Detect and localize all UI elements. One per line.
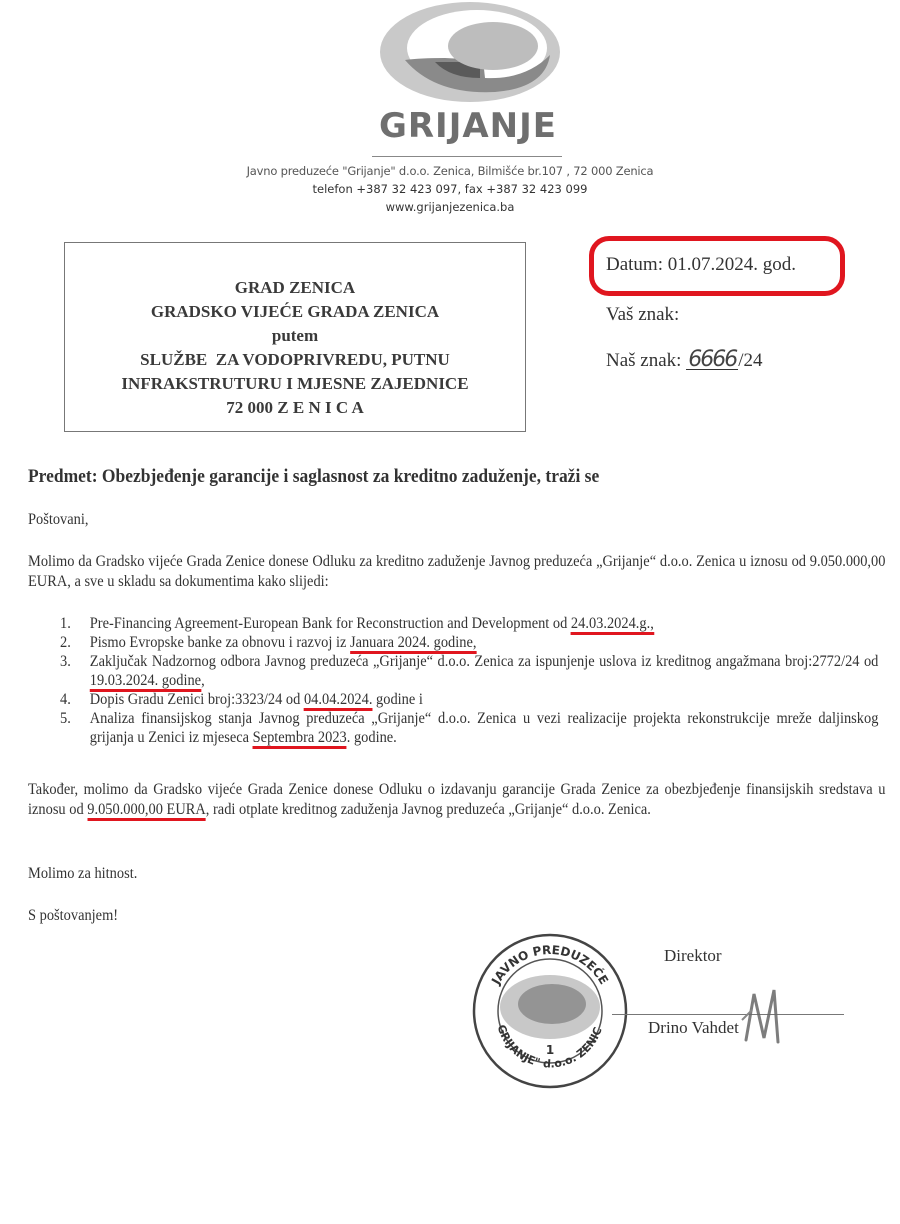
paragraph-text: , radi otplate kreditnog zaduženja Javno…	[206, 801, 651, 818]
company-phone-fax: telefon +387 32 423 097, fax +387 32 423…	[0, 182, 900, 196]
highlighted-date: 04.04.2024.	[304, 691, 372, 711]
document-date: Datum: 01.07.2024. god.	[606, 254, 796, 276]
highlighted-date: 24.03.2024.g.,	[571, 615, 654, 635]
recipient-line: INFRAKSTRUTURU I MJESNE ZAJEDNICE	[64, 372, 526, 396]
company-address: Javno preduzeće "Grijanje" d.o.o. Zenica…	[0, 164, 900, 178]
guarantee-paragraph: Također, molimo da Gradsko vijeće Grada …	[28, 780, 885, 820]
recipient-line: GRADSKO VIJEĆE GRADA ZENICA	[64, 300, 526, 324]
list-text: Dopis Gradu Zenici broj:3323/24 od	[90, 691, 304, 708]
highlighted-date: 19.03.2024. godine	[90, 672, 201, 692]
signatory-title: Direktor	[664, 946, 722, 966]
our-reference-label: Naš znak:	[606, 350, 681, 371]
list-number: 2.	[60, 633, 71, 652]
signatory-name: Drino Vahdet	[648, 1018, 739, 1038]
list-item: 1.Pre-Financing Agreement-European Bank …	[60, 614, 878, 633]
recipient-line: SLUŽBE ZA VODOPRIVREDU, PUTNU	[64, 348, 526, 372]
request-paragraph: Molimo da Gradsko vijeće Grada Zenice do…	[28, 552, 885, 592]
company-stamp-icon: JAVNO PREDUZEĆE "GRIJANJE" d.o.o. ZENICA…	[470, 932, 630, 1090]
recipient-line: 72 000 Z E N I C A	[64, 396, 526, 420]
our-reference-number: 6666	[686, 351, 738, 370]
list-text: . godine.	[347, 729, 397, 746]
list-number: 4.	[60, 690, 71, 709]
company-website[interactable]: www.grijanjezenica.ba	[0, 200, 900, 214]
list-text: godine i	[372, 691, 422, 708]
highlighted-amount: 9.050.000,00 EURA	[87, 801, 206, 821]
list-text: ,	[201, 672, 205, 689]
list-number: 1.	[60, 614, 71, 633]
svg-text:1: 1	[546, 1043, 554, 1057]
list-text: Zaključak Nadzornog odbora Javnog preduz…	[90, 653, 879, 670]
closing: S poštovanjem!	[28, 906, 828, 926]
our-reference: Naš znak: 6666/24	[606, 350, 762, 372]
list-text: Pismo Evropske banke za obnovu i razvoj …	[90, 634, 350, 651]
recipient-line: putem	[64, 324, 526, 348]
list-text: Pre-Financing Agreement-European Bank fo…	[90, 615, 571, 632]
subject-line: Predmet: Obezbjeđenje garancije i saglas…	[28, 466, 599, 488]
list-text: Analiza finansijskog stanja Javnog predu…	[90, 710, 879, 746]
our-reference-suffix: /24	[738, 350, 762, 371]
signature-line	[612, 1014, 844, 1015]
list-number: 3.	[60, 652, 71, 671]
list-item: 3.Zaključak Nadzornog odbora Javnog pred…	[60, 652, 878, 690]
greeting: Poštovani,	[28, 510, 828, 530]
document-list: 1.Pre-Financing Agreement-European Bank …	[60, 614, 878, 747]
brand-name: GRIJANJE	[378, 106, 558, 146]
your-reference: Vaš znak:	[606, 304, 679, 326]
list-item: 2.Pismo Evropske banke za obnovu i razvo…	[60, 633, 878, 652]
brand-divider	[372, 156, 562, 157]
highlighted-date: Septembra 2023	[253, 729, 347, 749]
grijanje-logo-icon	[375, 0, 565, 110]
recipient-address: GRAD ZENICA GRADSKO VIJEĆE GRADA ZENICA …	[64, 276, 526, 420]
list-item: 5.Analiza finansijskog stanja Javnog pre…	[60, 709, 878, 747]
recipient-line: GRAD ZENICA	[64, 276, 526, 300]
list-item: 4.Dopis Gradu Zenici broj:3323/24 od 04.…	[60, 690, 878, 709]
highlighted-date: Januara 2024. godine,	[350, 634, 477, 654]
handwritten-signature-icon	[740, 980, 800, 1050]
list-number: 5.	[60, 709, 71, 728]
urgency-note: Molimo za hitnost.	[28, 864, 828, 884]
